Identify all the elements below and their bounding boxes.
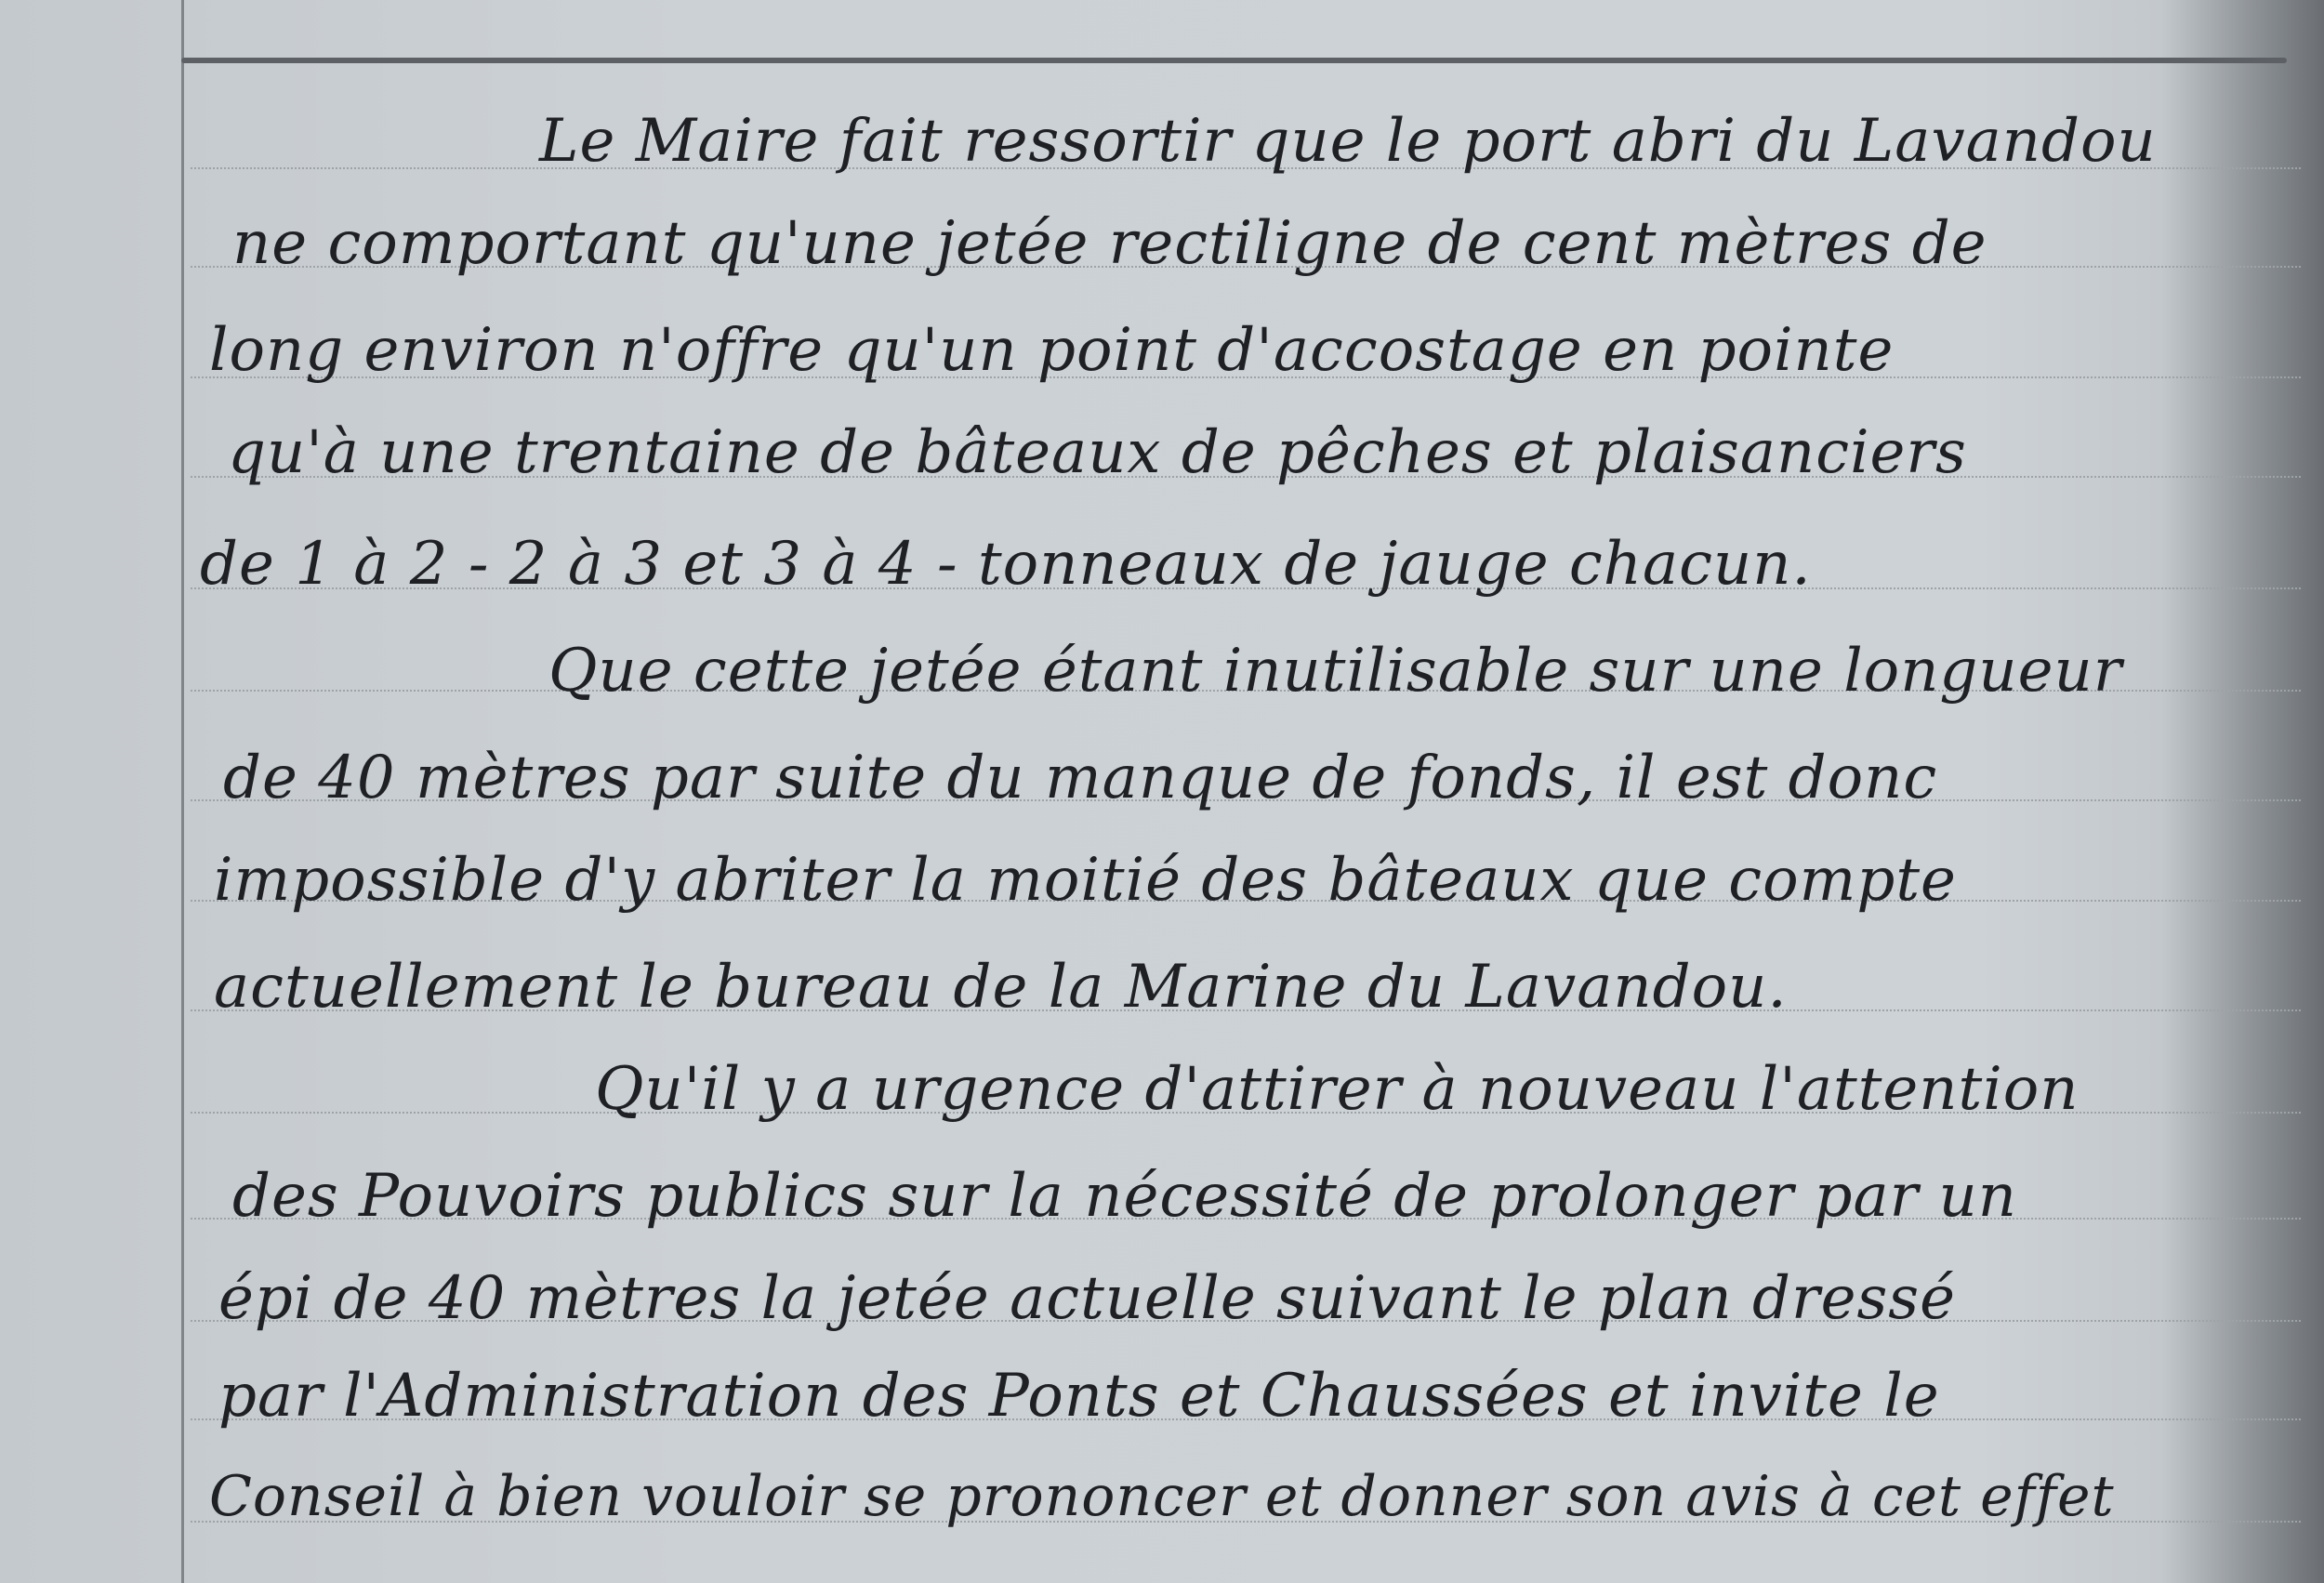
text-line: de 1 à 2 - 2 à 3 et 3 à 4 - tonneaux de …	[200, 534, 1812, 594]
text-line: de 40 mètres par suite du manque de fond…	[223, 748, 1937, 808]
top-rule	[181, 58, 2287, 63]
text-line: des Pouvoirs publics sur la nécessité de…	[232, 1167, 2017, 1226]
text-line: Que cette jetée étant inutilisable sur u…	[548, 641, 2122, 701]
text-line: épi de 40 mètres la jetée actuelle suiva…	[218, 1269, 1956, 1328]
text-line: long environ n'offre qu'un point d'accos…	[209, 321, 1894, 380]
text-line: Qu'il y a urgence d'attirer à nouveau l'…	[595, 1060, 2079, 1119]
text-line: impossible d'y abriter la moitié des bât…	[214, 851, 1957, 910]
manuscript-page: Le Maire fait ressortir que le port abri…	[0, 0, 2324, 1583]
text-line: Conseil à bien vouloir se prononcer et d…	[209, 1469, 2115, 1524]
text-line: Le Maire fait ressortir que le port abri…	[539, 112, 2157, 171]
margin-line	[181, 0, 184, 1583]
text-line: ne comportant qu'une jetée rectiligne de…	[232, 214, 1987, 273]
text-line: par l'Administration des Ponts et Chauss…	[218, 1366, 1940, 1426]
text-line: actuellement le bureau de la Marine du L…	[214, 957, 1788, 1017]
text-line: qu'à une trentaine de bâteaux de pêches …	[228, 423, 1967, 482]
